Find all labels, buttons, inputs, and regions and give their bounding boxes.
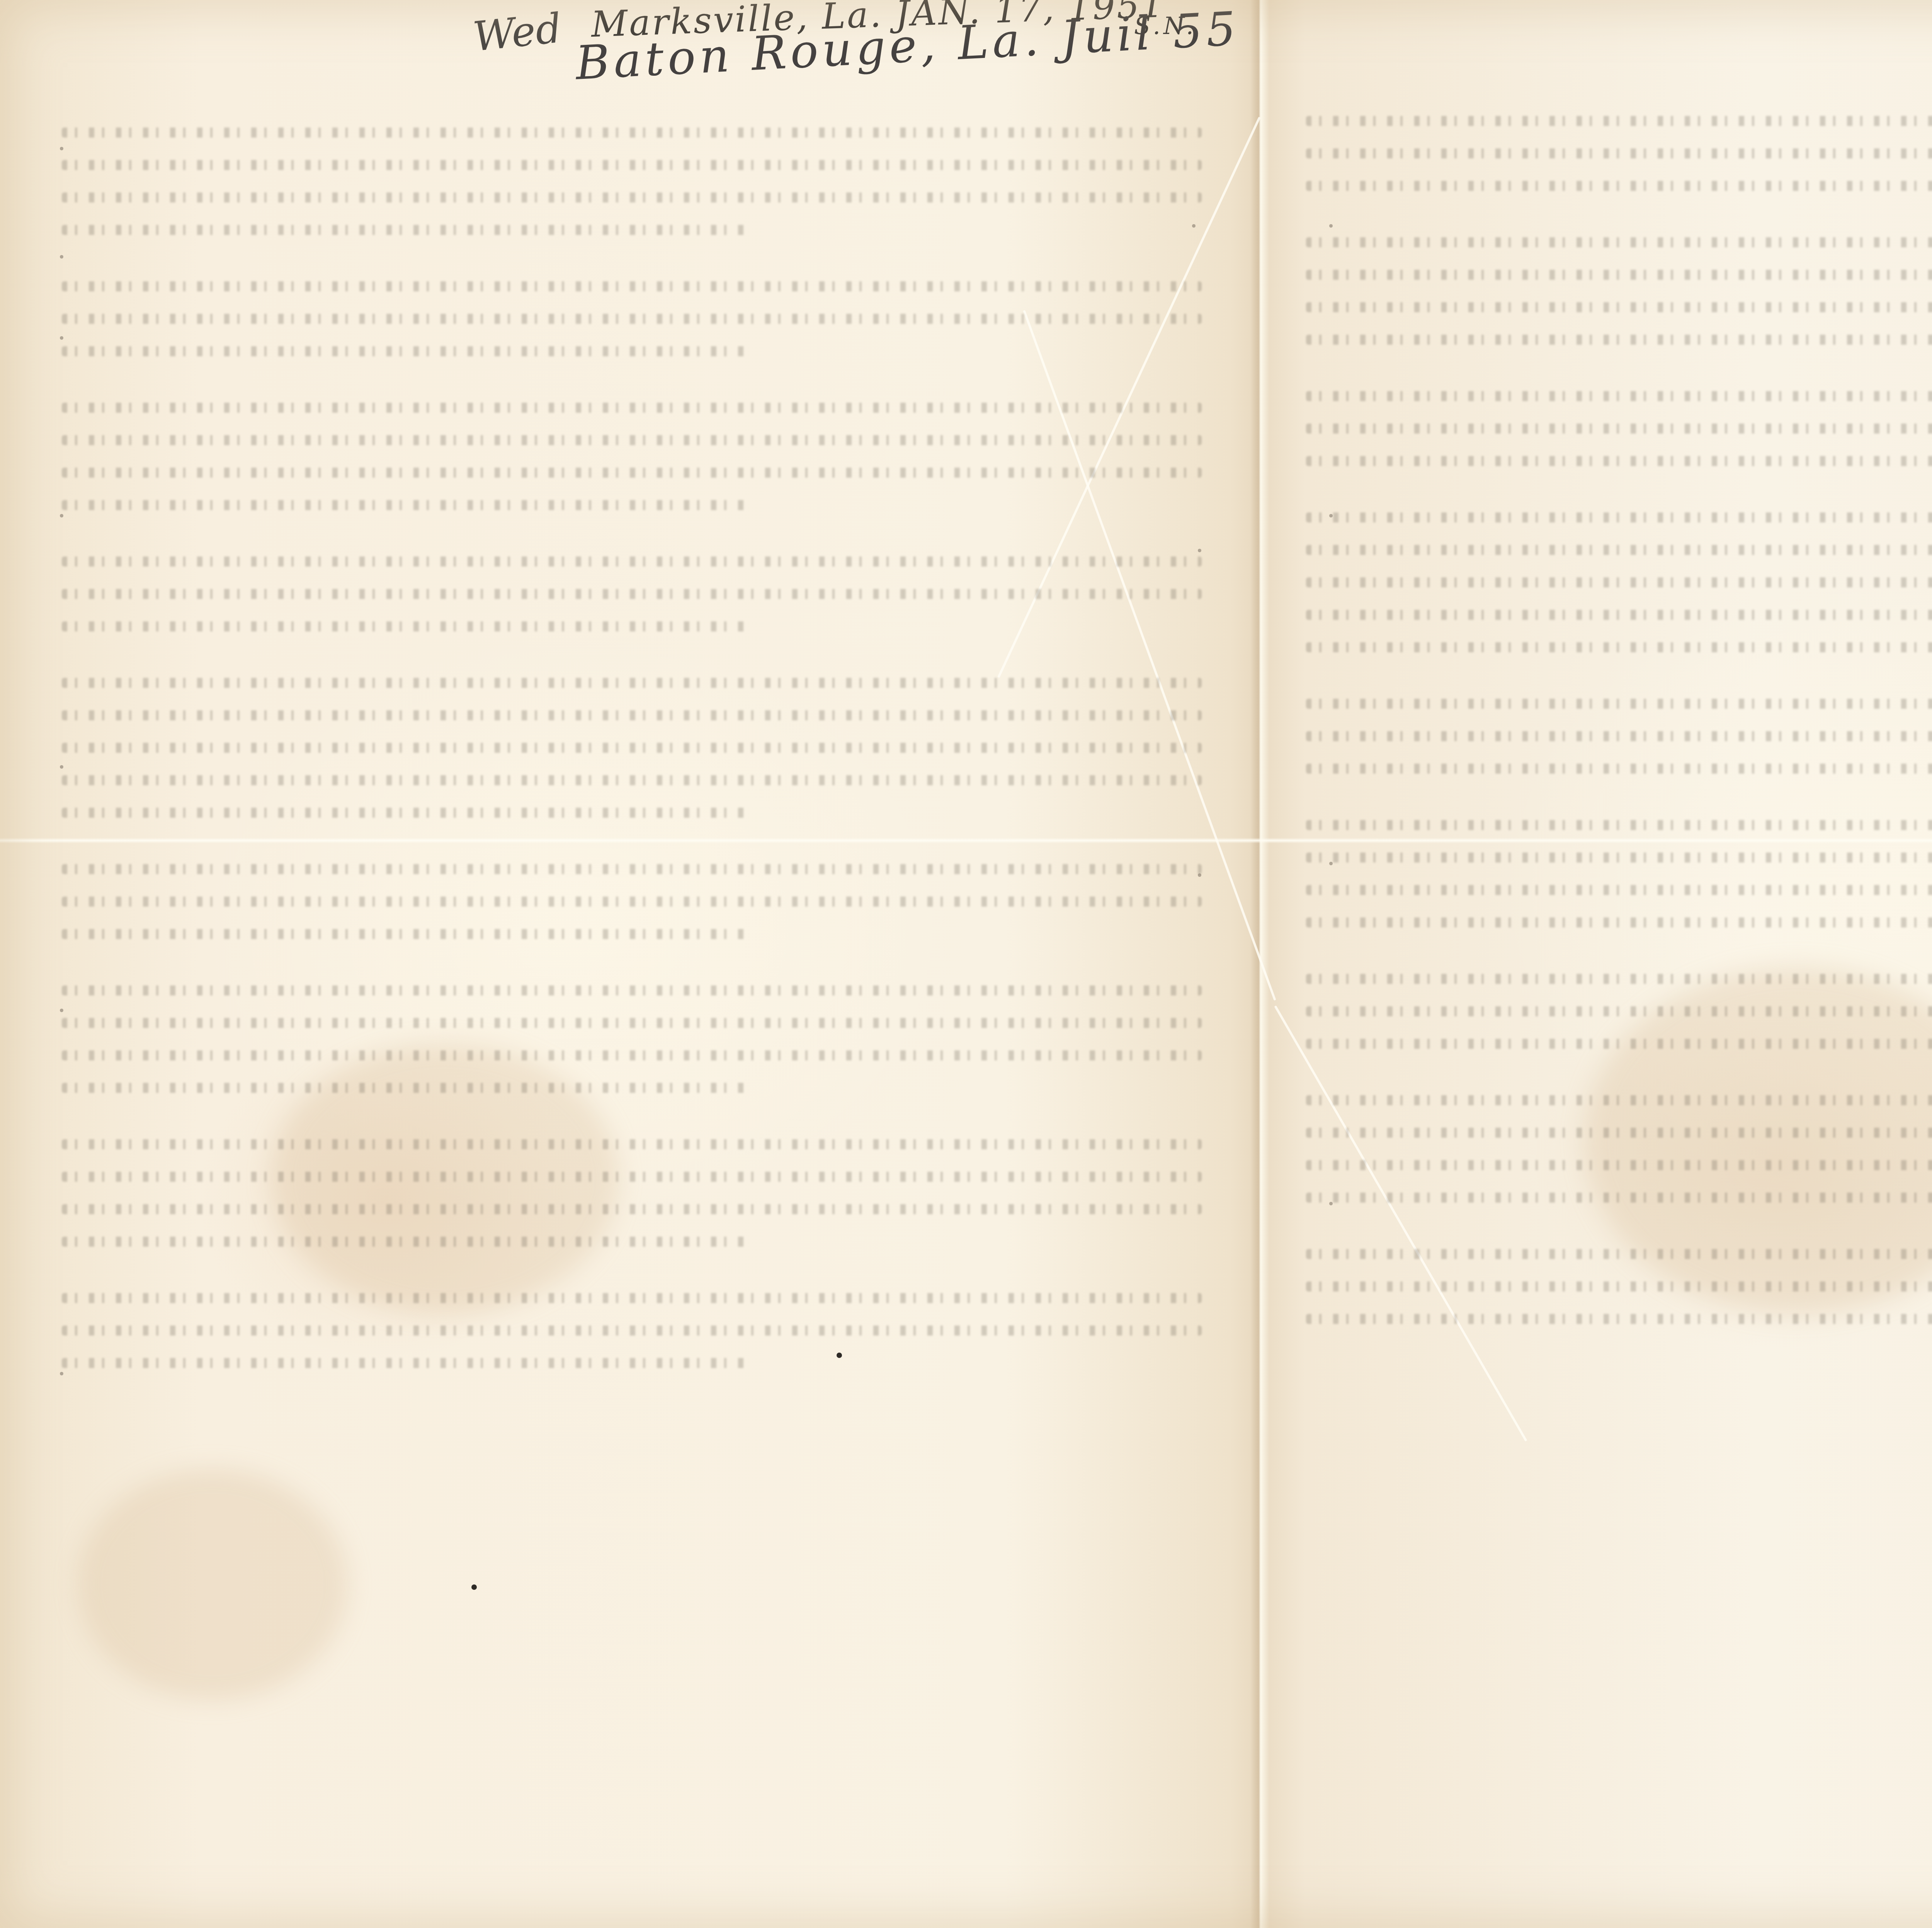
bleed-dot (60, 336, 63, 340)
ink-speck (837, 1353, 842, 1358)
bleed-dot (60, 765, 63, 769)
bleed-dot (1329, 1202, 1333, 1205)
bleed-through-text-left (62, 128, 1202, 1390)
bleed-dot (1192, 224, 1196, 228)
bleed-dot (1198, 549, 1201, 552)
handwritten-day: Wed (471, 4, 564, 60)
paper-sheet: Wed Marksville, La. JAN. 17, 1951 S.N. B… (0, 0, 1932, 1928)
bleed-dot (60, 147, 63, 150)
ink-speck (471, 1584, 477, 1590)
bleed-dot (60, 514, 63, 517)
bleed-dot (60, 1009, 63, 1012)
bleed-dot (60, 255, 63, 259)
bleed-dot (1198, 873, 1201, 877)
bleed-dot (1329, 862, 1333, 865)
bleed-dot (60, 1372, 63, 1375)
bleed-through-text-right (1306, 116, 1932, 1346)
paper-stain (77, 1469, 348, 1700)
bleed-dot (1329, 224, 1333, 228)
center-fold (1250, 0, 1269, 1928)
bleed-dot (1329, 514, 1333, 517)
